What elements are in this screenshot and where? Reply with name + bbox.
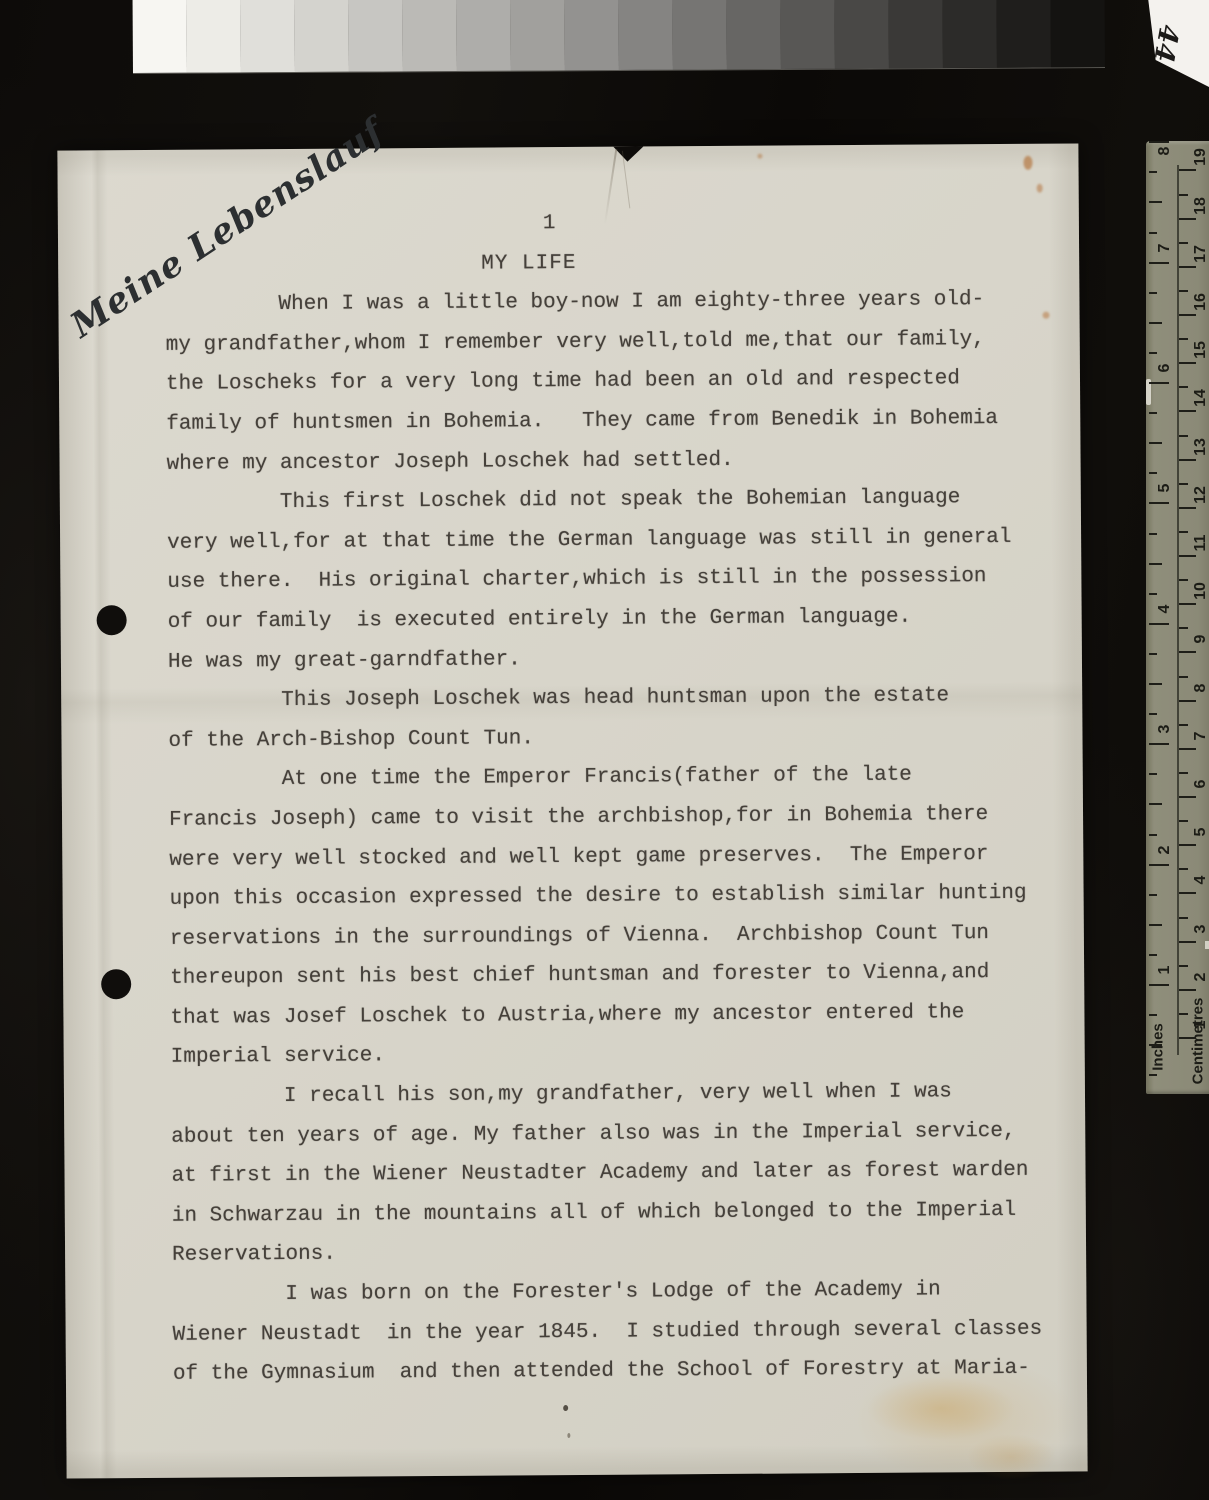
ruler-tick [1179, 338, 1188, 340]
typed-line: Wiener Neustadt in the year 1845. I stud… [173, 1309, 1063, 1355]
ruler-tick [1179, 507, 1196, 509]
grayscale-step [565, 0, 619, 70]
ruler-label-inches: Inches [1150, 1023, 1167, 1071]
typed-line: When I was a little boy-now I am eighty-… [165, 280, 1055, 326]
ruler-scratch [1205, 941, 1209, 949]
ruler-number: 13 [1192, 438, 1209, 456]
ruler-number: 4 [1192, 876, 1209, 885]
grayscale-step [943, 0, 997, 68]
ruler-tick [1179, 627, 1188, 629]
typed-line: were very well stocked and well kept gam… [169, 834, 1059, 880]
ruler-number: 14 [1192, 389, 1209, 407]
ruler-tick [1149, 713, 1157, 715]
typed-line: family of huntsmen in Bohemia. They came… [166, 399, 1056, 445]
ruler-number: 4 [1156, 604, 1174, 613]
ruler-tick [1179, 169, 1196, 171]
ruler-tick [1179, 555, 1196, 557]
ruler-tick [1179, 917, 1188, 919]
ruler-tick [1179, 844, 1196, 846]
ruler-tick [1179, 989, 1196, 991]
grayscale-step [619, 0, 673, 70]
ruler-label-centimetres: Centimetres [1190, 998, 1207, 1085]
ruler-tick [1149, 442, 1162, 444]
ruler-tick [1179, 266, 1196, 268]
ruler-number: 1 [1192, 1021, 1209, 1030]
photo-scene: 44 Meine Lebenslauf 1 MY LIFE When I was… [0, 0, 1209, 1500]
ruler-tick [1179, 1037, 1196, 1039]
ruler-tick [1149, 743, 1169, 745]
ruler-tick [1179, 314, 1196, 316]
grayscale-calibration-bar [133, 0, 1105, 74]
typed-line: of the Gymnasium and then attended the S… [173, 1349, 1063, 1395]
ruler-tick [1179, 748, 1196, 750]
grayscale-step [1051, 0, 1105, 67]
ruler-tick [1149, 1044, 1162, 1046]
ruler-number: 8 [1192, 683, 1209, 692]
typed-line: thereupon sent his best chief huntsman a… [170, 953, 1060, 999]
ruler-tick [1149, 623, 1169, 625]
ruler-number: 10 [1192, 582, 1209, 600]
ruler-tick [1179, 892, 1196, 894]
ruler-tick [1179, 796, 1196, 798]
typed-line: This Joseph Loschek was head huntsman up… [168, 676, 1058, 722]
ruler-tick [1179, 386, 1188, 388]
ruler-tick [1179, 242, 1188, 244]
ruler-tick [1149, 1014, 1157, 1016]
ruler-number: 5 [1192, 828, 1209, 837]
ruler-tick [1179, 603, 1196, 605]
document-title: MY LIFE [165, 240, 1055, 286]
ink-dot [563, 1405, 568, 1411]
grayscale-step [133, 0, 187, 73]
ruler-tick [1149, 382, 1169, 384]
ruler-tick [1179, 724, 1188, 726]
punch-hole [97, 605, 127, 635]
ruler-tick [1149, 834, 1157, 836]
grayscale-step [295, 0, 349, 72]
ruler-tick [1179, 820, 1188, 822]
typed-text-block: 1 MY LIFE When I was a little boy-now I … [165, 201, 1063, 1395]
ruler-tick [1179, 194, 1188, 196]
ruler-tick [1179, 362, 1196, 364]
grayscale-step [403, 0, 457, 71]
ruler-number: 9 [1192, 635, 1209, 644]
ruler-tick [1179, 579, 1188, 581]
grayscale-step [457, 0, 511, 71]
ruler-tick [1149, 141, 1169, 143]
grayscale-step [781, 0, 835, 69]
stain [966, 1434, 1056, 1481]
ruler-tick [1149, 262, 1169, 264]
ruler-number: 6 [1156, 364, 1174, 373]
ruler-tick [1149, 563, 1162, 565]
ruler-tick [1179, 700, 1196, 702]
ruler-tick [1149, 954, 1157, 956]
ruler-tick [1149, 352, 1157, 354]
typed-line: about ten years of age. My father also w… [171, 1111, 1061, 1157]
ruler-tick [1149, 894, 1157, 896]
typed-line: of the Arch-Bishop Count Tun. [168, 715, 1058, 761]
punch-hole [101, 969, 131, 999]
ruler-tick [1149, 292, 1157, 294]
typed-line: I recall his son,my grandfather, very we… [171, 1072, 1061, 1118]
ruler-tick [1149, 412, 1157, 414]
ruler-tick [1179, 868, 1188, 870]
rust-stain [1037, 184, 1043, 193]
grayscale-step [349, 0, 403, 72]
typed-line: where my ancestor Joseph Loschek had set… [166, 438, 1056, 484]
grayscale-step [889, 0, 943, 68]
ruler-tick [1149, 1074, 1157, 1076]
ruler-tick [1149, 683, 1162, 685]
ruler-number: 19 [1192, 148, 1209, 166]
ruler-number: 7 [1156, 243, 1174, 252]
typed-line: At one time the Emperor Francis(father o… [169, 755, 1059, 801]
ruler-number: 18 [1192, 197, 1209, 215]
typed-line: my grandfather,whom I remember very well… [166, 319, 1056, 365]
typed-line: This first Loschek did not speak the Boh… [167, 478, 1057, 524]
ruler-tick [1179, 435, 1188, 437]
typed-line: Francis Joseph) came to visit the archbi… [169, 795, 1059, 841]
ruler-tick [1179, 410, 1196, 412]
typed-line: that was Josef Loschek to Austria,where … [170, 992, 1060, 1038]
ruler-tick [1179, 676, 1188, 678]
grayscale-step [241, 0, 295, 72]
ruler-tick [1149, 322, 1162, 324]
grayscale-step [511, 0, 565, 71]
ruler-tick [1149, 803, 1162, 805]
ruler-tick [1149, 502, 1169, 504]
ruler-tick [1149, 201, 1162, 203]
ruler-number: 7 [1192, 731, 1209, 740]
ruler-number: 15 [1192, 341, 1209, 359]
ruler-number: 8 [1156, 147, 1174, 156]
ruler-tick [1179, 941, 1196, 943]
grayscale-step [187, 0, 241, 73]
ruler-tick [1149, 773, 1157, 775]
ruler-tick [1149, 924, 1162, 926]
ruler-tick [1149, 984, 1169, 986]
ruler-tick [1149, 864, 1169, 866]
ruler-tick [1179, 218, 1196, 220]
corner-tab: 44 [1117, 0, 1209, 150]
ruler-tick [1179, 965, 1188, 967]
typed-line: Imperial service. [171, 1032, 1061, 1078]
typed-line: at first in the Wiener Neustadter Academ… [171, 1151, 1061, 1197]
ruler-tick [1179, 459, 1196, 461]
ruler-tick [1149, 653, 1157, 655]
ruler-tick [1149, 593, 1157, 595]
ruler-number: 5 [1156, 484, 1174, 493]
ruler-tick [1179, 1013, 1188, 1015]
ruler-number: 16 [1192, 293, 1209, 311]
rust-stain [757, 154, 762, 159]
typed-line: Reservations. [172, 1230, 1062, 1276]
page-edge-notch [613, 146, 643, 161]
ink-dot [567, 1433, 570, 1438]
ruler-number: 3 [1156, 725, 1174, 734]
ruler-number: 2 [1156, 845, 1174, 854]
typed-line: I was born on the Forester's Lodge of th… [172, 1270, 1062, 1316]
typed-line: very well,for at that time the German la… [167, 517, 1057, 563]
ruler-baseline [1177, 165, 1179, 1055]
ruler-number: 12 [1192, 486, 1209, 504]
grayscale-step [835, 0, 889, 69]
page-number: 1 [165, 201, 1055, 247]
ruler-tick [1149, 472, 1157, 474]
typed-line: in Schwarzau in the mountains all of whi… [172, 1190, 1062, 1236]
ruler-number: 17 [1192, 245, 1209, 263]
grayscale-step [727, 0, 781, 69]
ruler-number: 11 [1192, 535, 1209, 552]
typed-line: of our family is executed entirely in th… [168, 597, 1058, 643]
ruler-tick [1149, 171, 1157, 173]
ruler: Inches Centimetres 123456789101112131415… [1146, 141, 1209, 1094]
rust-stain [1023, 156, 1032, 170]
ruler-tick [1179, 290, 1188, 292]
ruler-tick [1149, 232, 1157, 234]
ruler-tick [1179, 483, 1188, 485]
ruler-tick [1179, 651, 1196, 653]
ruler-tick [1179, 772, 1188, 774]
typed-line: upon this occasion expressed the desire … [169, 874, 1059, 920]
manuscript-page: Meine Lebenslauf 1 MY LIFE When I was a … [57, 143, 1087, 1478]
grayscale-step [997, 0, 1051, 68]
typed-line: reservations in the surroundings of Vien… [170, 913, 1060, 959]
ruler-number: 1 [1156, 966, 1174, 975]
grayscale-step [673, 0, 727, 70]
ruler-tick [1149, 533, 1157, 535]
typed-line: use there. His original charter,which is… [167, 557, 1057, 603]
ruler-number: 6 [1192, 780, 1209, 789]
typed-line: He was my great-garndfather. [168, 636, 1058, 682]
paragraphs-container: When I was a little boy-now I am eighty-… [165, 280, 1063, 1395]
tab-number: 44 [1148, 22, 1185, 64]
typed-line: the Loscheks for a very long time had be… [166, 359, 1056, 405]
ruler-tick [1179, 531, 1188, 533]
ruler-number: 2 [1192, 972, 1209, 981]
ruler-number: 3 [1192, 924, 1209, 933]
